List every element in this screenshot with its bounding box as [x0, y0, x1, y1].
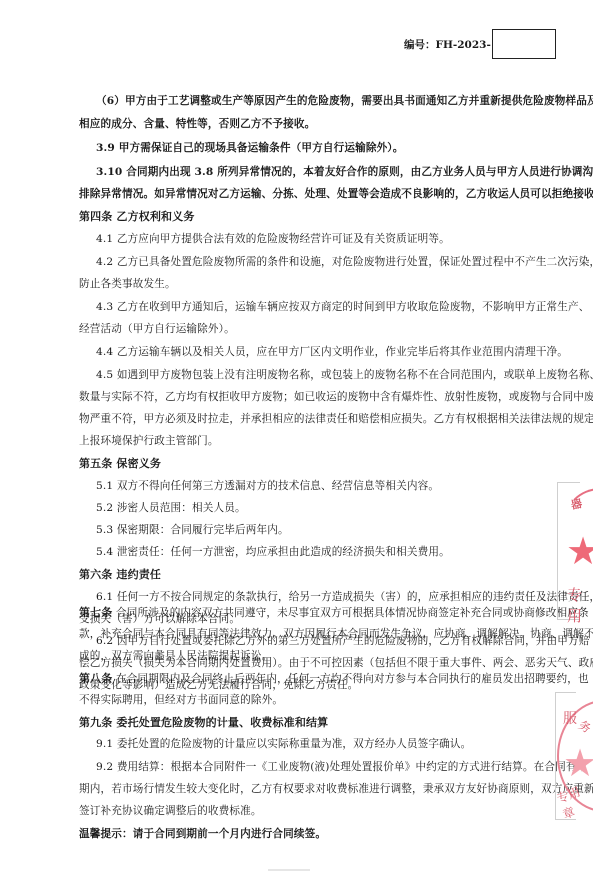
seal-text: 专用: [567, 584, 593, 626]
contract-line: 4.1 乙方应向甲方提供合法有效的危险废物经营许可证及有关资质证明等。: [96, 231, 450, 246]
contract-line: 6.1 任何一方不按合同规定的条款执行，给另一方造成损失（害）的，应承担相应的违…: [96, 589, 593, 604]
contract-line: 9.1 委托处置的危险废物的计量应以实际称重量为准，双方经办人员签字确认。: [96, 736, 471, 751]
contract-page: 编号：FH-2023- （6）甲方由于工艺调整或生产等原因产生的危险废物，需要出…: [0, 0, 593, 877]
company-seal-top: 器 ★ 专用: [557, 482, 593, 630]
section-heading: 第五条 保密义务: [79, 455, 161, 471]
contract-line: 5.2 涉密人员范围：相关人员。: [96, 500, 246, 515]
section-heading: 第九条 委托处置危险废物的计量、收费标准和结算: [79, 714, 328, 730]
contract-line: 防止各类事故发生。: [79, 276, 176, 291]
contract-line: 不得实际聘用，但经对方书面同意的除外。: [79, 692, 283, 707]
seal-star-icon: ★: [563, 744, 593, 782]
contract-line-text: 在合同期限内及合同终止后两年内，任何一方均不得向对方参与本合同执行的雇员发出招聘…: [112, 673, 588, 685]
section-heading: 第六条 违约责任: [79, 566, 161, 582]
contract-line: 上报环境保护行政主管部门。: [79, 433, 219, 448]
contract-line: 经营活动（甲方自行运输除外）。: [79, 321, 235, 336]
contract-line: 款，补充合同与本合同具有同等法律效力。双方因履行本合同而发生争议，应协商、调解解…: [79, 626, 593, 641]
company-seal-bottom: 服 务 ★ 专用章: [555, 692, 593, 822]
contract-line: 第八条 在合同期限内及合同终止后两年内，任何一方均不得向对方参与本合同执行的雇员…: [79, 670, 589, 686]
contract-line: 4.3 乙方在收到甲方通知后，运输车辆应按双方商定的时间到甲方收取危险废物，不影…: [96, 299, 590, 314]
section-heading-inline: 第七条: [79, 606, 112, 619]
document-number: 编号：FH-2023-: [404, 29, 556, 59]
contract-line: 物严重不符，甲方必须及时拉走，并承担相应的法律责任和赔偿相应损失。乙方有权根据相…: [79, 411, 593, 426]
contract-line: 3.10 合同期内出现 3.8 所列异常情况的，本着友好合作的原则，由乙方业务人…: [96, 164, 593, 179]
contract-line: 4.5 如遇到甲方废物包装上没有注明废物名称，或包装上的废物名称不在合同范围内，…: [96, 367, 593, 382]
contract-line: 第七条 合同所涉及的内容双方共同遵守，未尽事宜双方可根据具体情况协商签定补充合同…: [79, 604, 589, 620]
contract-line: 5.1 双方不得向任何第三方透漏对方的技术信息、经营信息等相关内容。: [96, 478, 439, 493]
section-heading-inline: 第八条: [79, 672, 112, 685]
contract-line: 5.3 保密期限：合同履行完毕后两年内。: [96, 522, 289, 537]
renewal-reminder: 温馨提示：请于合同到期前一个月内进行合同续签。: [79, 826, 326, 841]
contract-line: 5.4 泄密责任：任何一方泄密，均应承担由此造成的经济损失和相关费用。: [96, 544, 450, 559]
section-heading: 第四条 乙方权利和义务: [79, 208, 194, 224]
contract-line: 期内，若市场行情发生较大变化时，乙方有权要求对收费标准进行调整，秉承双方友好协商…: [79, 781, 593, 796]
contract-line: 4.2 乙方已具备处置危险废物所需的条件和设施，对危险废物进行处置，保证处置过程…: [96, 254, 593, 269]
contract-line: 排除异常情况。如异常情况对乙方运输、分拣、处理、处置等会造成不良影响的，乙方收运…: [79, 186, 593, 201]
contract-line: 成的，双方需向蠡县人民法院提起诉讼。: [79, 648, 272, 663]
contract-line: 相应的成分、含量、特性等，否则乙方不予接收。: [79, 116, 315, 131]
contract-line: （6）甲方由于工艺调整或生产等原因产生的危险废物，需要出具书面通知乙方并重新提供…: [96, 93, 593, 108]
seal-star-icon: ★: [566, 532, 593, 570]
contract-line-text: 合同所涉及的内容双方共同遵守，未尽事宜双方可根据具体情况协商签定补充合同或协商修…: [112, 607, 588, 619]
page-footer-mark: [268, 869, 310, 871]
document-number-box: [492, 29, 556, 59]
contract-line: 4.4 乙方运输车辆以及相关人员，应在甲方厂区内文明作业，作业完毕后将其作业范围…: [96, 344, 568, 359]
document-number-label: 编号：FH-2023-: [404, 37, 491, 52]
contract-line: 签订补充协议确定调整后的收费标准。: [79, 803, 262, 818]
contract-line: 9.2 费用结算：根据本合同附件一《工业废物(液)处理处置报价单》中约定的方式进…: [96, 759, 587, 774]
contract-line: 3.9 甲方需保证自己的现场具备运输条件（甲方自行运输除外）。: [96, 140, 404, 155]
seal-text: 服: [563, 708, 577, 728]
contract-line: 数量与实际不符，乙方均有权拒收甲方废物；如已收运的废物中含有爆炸性、放射性废物，…: [79, 389, 593, 404]
